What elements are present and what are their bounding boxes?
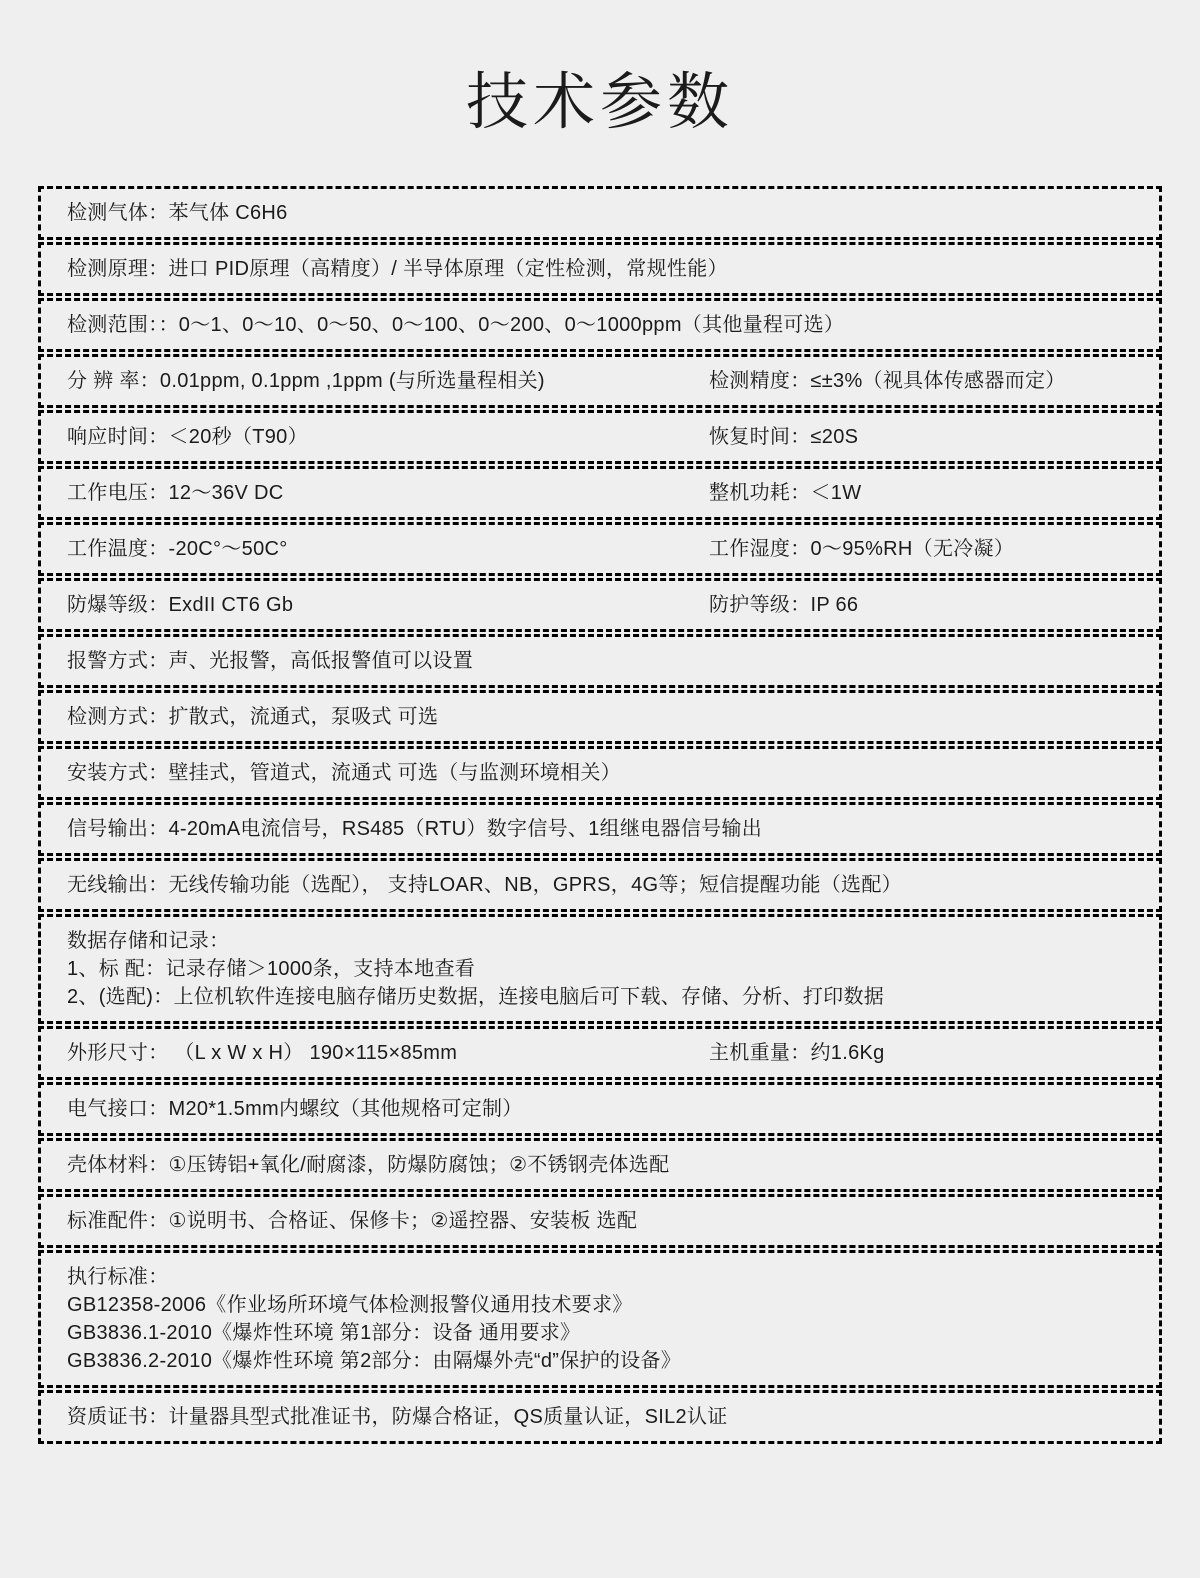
row-temperature-humidity: 工作温度：-20C°～50C° 工作湿度：0～95%RH（无冷凝） — [38, 522, 1162, 576]
row-standard-accessories: 标准配件：①说明书、合格证、保修卡；②遥控器、安装板 选配 — [38, 1194, 1162, 1248]
cell-power-consumption: 整机功耗：＜1W — [709, 479, 1133, 507]
spec-text: 检测气体：苯气体 C6H6 — [67, 199, 1133, 227]
row-executive-standards: 执行标准： GB12358-2006《作业场所环境气体检测报警仪通用技术要求》 … — [38, 1250, 1162, 1388]
row-dimensions-weight: 外形尺寸： （L x W x H） 190×115×85mm 主机重量：约1.6… — [38, 1026, 1162, 1080]
data-storage-standard: 1、标 配：记录存储＞1000条，支持本地查看 — [67, 955, 1133, 983]
cell-recovery-time: 恢复时间：≤20S — [709, 423, 1133, 451]
cell-resolution: 分 辨 率：0.01ppm, 0.1ppm ,1ppm (与所选量程相关) — [67, 367, 709, 395]
spec-text: 检测范围：：0～1、0～10、0～50、0～100、0～200、0～1000pp… — [67, 311, 1133, 339]
spec-table: 检测气体：苯气体 C6H6 检测原理：进口 PID原理（高精度）/ 半导体原理（… — [38, 186, 1162, 1444]
row-detect-range: 检测范围：：0～1、0～10、0～50、0～100、0～200、0～1000pp… — [38, 298, 1162, 352]
data-storage-optional: 2、(选配)：上位机软件连接电脑存储历史数据，连接电脑后可下载、存储、分析、打印… — [67, 983, 1133, 1011]
row-voltage-power: 工作电压：12～36V DC 整机功耗：＜1W — [38, 466, 1162, 520]
row-housing-material: 壳体材料：①压铸铝+氧化/耐腐漆，防爆防腐蚀；②不锈钢壳体选配 — [38, 1138, 1162, 1192]
data-storage-heading: 数据存储和记录： — [67, 927, 1133, 955]
spec-text: 检测原理：进口 PID原理（高精度）/ 半导体原理（定性检测，常规性能） — [67, 255, 1133, 283]
spec-text: 标准配件：①说明书、合格证、保修卡；②遥控器、安装板 选配 — [67, 1207, 1133, 1235]
spec-text: 电气接口：M20*1.5mm内螺纹（其他规格可定制） — [67, 1095, 1133, 1123]
row-signal-output: 信号输出：4-20mA电流信号，RS485（RTU）数字信号、1组继电器信号输出 — [38, 802, 1162, 856]
standard-gb12358: GB12358-2006《作业场所环境气体检测报警仪通用技术要求》 — [67, 1291, 1133, 1319]
row-response-recovery: 响应时间：＜20秒（T90） 恢复时间：≤20S — [38, 410, 1162, 464]
row-detect-gas: 检测气体：苯气体 C6H6 — [38, 186, 1162, 240]
row-data-storage: 数据存储和记录： 1、标 配：记录存储＞1000条，支持本地查看 2、(选配)：… — [38, 914, 1162, 1024]
cell-explosionproof-grade: 防爆等级：ExdII CT6 Gb — [67, 591, 709, 619]
spec-text: 壳体材料：①压铸铝+氧化/耐腐漆，防爆防腐蚀；②不锈钢壳体选配 — [67, 1151, 1133, 1179]
cell-working-humidity: 工作湿度：0～95%RH（无冷凝） — [709, 535, 1133, 563]
spec-text: 安装方式：壁挂式，管道式，流通式 可选（与监测环境相关） — [67, 759, 1133, 787]
row-detection-mode: 检测方式：扩散式，流通式，泵吸式 可选 — [38, 690, 1162, 744]
row-explosionproof-protection: 防爆等级：ExdII CT6 Gb 防护等级：IP 66 — [38, 578, 1162, 632]
spec-text: 报警方式：声、光报警，高低报警值可以设置 — [67, 647, 1133, 675]
cell-response-time: 响应时间：＜20秒（T90） — [67, 423, 709, 451]
cell-dimensions: 外形尺寸： （L x W x H） 190×115×85mm — [67, 1039, 709, 1067]
standards-heading: 执行标准： — [67, 1263, 1133, 1291]
row-detect-principle: 检测原理：进口 PID原理（高精度）/ 半导体原理（定性检测，常规性能） — [38, 242, 1162, 296]
row-electrical-interface: 电气接口：M20*1.5mm内螺纹（其他规格可定制） — [38, 1082, 1162, 1136]
row-resolution-accuracy: 分 辨 率：0.01ppm, 0.1ppm ,1ppm (与所选量程相关) 检测… — [38, 354, 1162, 408]
spec-text: 信号输出：4-20mA电流信号，RS485（RTU）数字信号、1组继电器信号输出 — [67, 815, 1133, 843]
cell-working-voltage: 工作电压：12～36V DC — [67, 479, 709, 507]
row-wireless-output: 无线输出：无线传输功能（选配）， 支持LOAR、NB，GPRS，4G等；短信提醒… — [38, 858, 1162, 912]
row-alarm-mode: 报警方式：声、光报警，高低报警值可以设置 — [38, 634, 1162, 688]
standard-gb3836-2: GB3836.2-2010《爆炸性环境 第2部分：由隔爆外壳“d”保护的设备》 — [67, 1347, 1133, 1375]
row-installation-mode: 安装方式：壁挂式，管道式，流通式 可选（与监测环境相关） — [38, 746, 1162, 800]
cell-weight: 主机重量：约1.6Kg — [709, 1039, 1133, 1067]
spec-text: 无线输出：无线传输功能（选配）， 支持LOAR、NB，GPRS，4G等；短信提醒… — [67, 871, 1133, 899]
page-title: 技术参数 — [0, 0, 1200, 140]
standard-gb3836-1: GB3836.1-2010《爆炸性环境 第1部分：设备 通用要求》 — [67, 1319, 1133, 1347]
spec-text: 资质证书：计量器具型式批准证书，防爆合格证，QS质量认证，SIL2认证 — [67, 1403, 1133, 1431]
cell-accuracy: 检测精度：≤±3%（视具体传感器而定） — [709, 367, 1133, 395]
spec-text: 检测方式：扩散式，流通式，泵吸式 可选 — [67, 703, 1133, 731]
cell-protection-grade: 防护等级：IP 66 — [709, 591, 1133, 619]
cell-working-temperature: 工作温度：-20C°～50C° — [67, 535, 709, 563]
row-certificates: 资质证书：计量器具型式批准证书，防爆合格证，QS质量认证，SIL2认证 — [38, 1390, 1162, 1444]
